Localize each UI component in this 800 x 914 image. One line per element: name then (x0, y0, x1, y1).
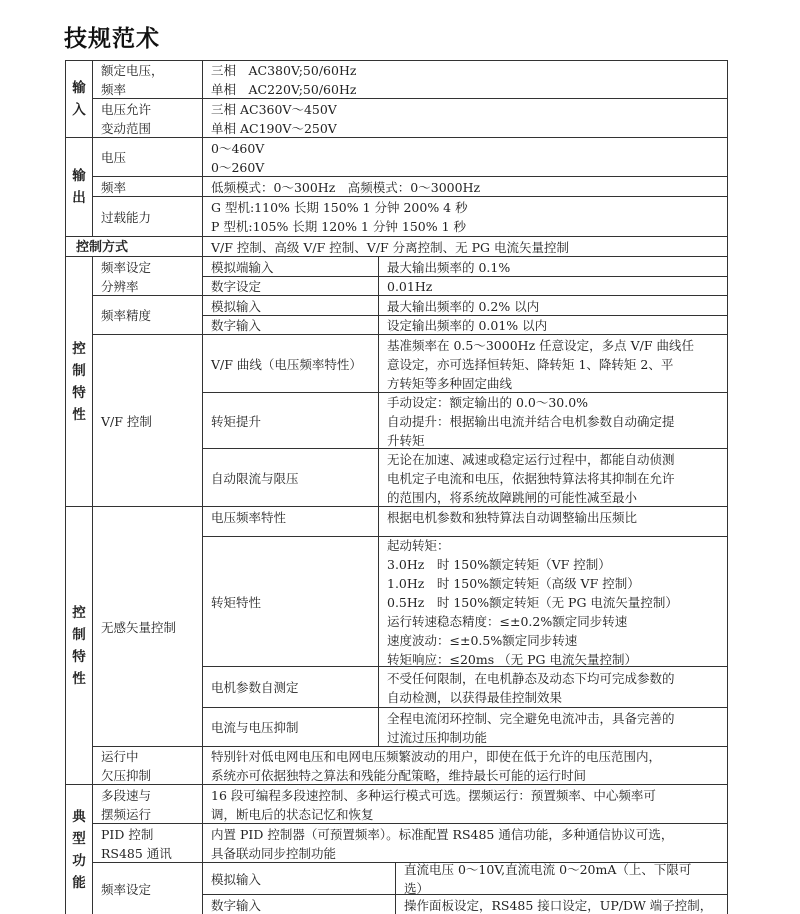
cell-text: 多段速与 (101, 786, 194, 805)
row-value: 最大输出频率的 0.2% 以内 (378, 295, 728, 316)
row-value: 内置 PID 控制器（可预置频率）。标准配置 RS485 通信功能，多种通信协议… (202, 823, 728, 863)
group-label-char: 典 (72, 806, 86, 828)
row-label: 频率精度 (92, 295, 203, 335)
row-value: 低频模式：0～300Hz 高频模式：0～3000Hz (202, 176, 728, 197)
row-label: 频率设定 (92, 862, 203, 914)
sub-label: 数字输入 (202, 315, 379, 335)
group-label-char: 出 (72, 187, 86, 209)
cell-text: V/F 控制 (101, 412, 194, 431)
cell-text: 自动检测，以获得最佳控制效果 (387, 688, 719, 707)
group-label-char: 制 (72, 360, 86, 382)
cell-text: 运行中 (101, 747, 194, 766)
group-label-char: 型 (72, 828, 86, 850)
row-value: 0～460V0～260V (202, 137, 728, 177)
row-value: 特别针对低电网电压和电网电压频繁波动的用户，即使在低于允许的电压范围内，系统亦可… (202, 746, 728, 785)
cell-text: 转矩特性 (211, 593, 370, 612)
cell-text: 无感矢量控制 (101, 618, 194, 637)
group-label: 输出 (65, 137, 93, 237)
sub-label: 模拟输入 (202, 295, 379, 316)
group-label: 典型功能 (65, 784, 93, 914)
group-label: 控制特性 (65, 256, 93, 507)
cell-text: 设定输出频率的 0.01% 以内 (387, 316, 719, 335)
row-value: 基准频率在 0.5～3000Hz 任意设定，多点 V/F 曲线任意设定，亦可选择… (378, 334, 728, 393)
cell-text: 调，断电后的状态记忆和恢复 (211, 805, 719, 824)
cell-text: 模拟输入 (211, 297, 370, 316)
cell-text: 单相 AC190V～250V (211, 119, 719, 138)
sub-label: 模拟输入 (202, 862, 396, 895)
cell-text: 操作面板设定，RS485 接口设定，UP/DW 端子控制， (404, 896, 719, 914)
cell-text: 额定电压， (101, 61, 194, 80)
cell-text: 根据电机参数和独特算法自动调整输出压频比 (387, 508, 719, 527)
cell-text: 0.5Hz 时 150%额定转矩（无 PG 电流矢量控制） (387, 593, 719, 612)
cell-text: 基准频率在 0.5～3000Hz 任意设定，多点 V/F 曲线任 (387, 336, 719, 355)
cell-text: 最大输出频率的 0.1% (387, 258, 719, 277)
cell-text: 频率 (101, 80, 194, 99)
row-label: 运行中欠压抑制 (92, 746, 203, 785)
control-mode-value: V/F 控制、高级 V/F 控制、V/F 分离控制、无 PG 电流矢量控制 (202, 236, 728, 257)
cell-text: 模拟端输入 (211, 258, 370, 277)
group-label-char: 特 (72, 646, 86, 668)
row-value: 三相 AC360V～450V单相 AC190V～250V (202, 98, 728, 138)
cell-text: 内置 PID 控制器（可预置频率）。标准配置 RS485 通信功能，多种通信协议… (211, 825, 719, 844)
row-value: 16 段可编程多段速控制、多种运行模式可选。摆频运行：预置频率、中心频率可调，断… (202, 784, 728, 824)
row-label: 无感矢量控制 (92, 506, 203, 747)
sub-label: V/F 曲线（电压频率特性） (202, 334, 379, 393)
group-label-char: 功 (72, 850, 86, 872)
cell-text: 0～460V (211, 139, 719, 158)
cell-text: 模拟输入 (211, 870, 387, 889)
group-label-char: 特 (72, 382, 86, 404)
cell-text: 16 段可编程多段速控制、多种运行模式可选。摆频运行：预置频率、中心频率可 (211, 786, 719, 805)
cell-text: 自动提升：根据输出电流并结合电机参数自动确定提 (387, 412, 719, 431)
cell-text: G 型机:110% 长期 150% 1 分钟 200% 4 秒 (211, 198, 719, 217)
cell-text: P 型机:105% 长期 120% 1 分钟 150% 1 秒 (211, 217, 719, 236)
row-value: 三相 AC380V;50/60Hz单相 AC220V;50/60Hz (202, 60, 728, 99)
group-label-char: 性 (72, 668, 86, 690)
cell-text: 频率精度 (101, 306, 194, 325)
cell-text: 最大输出频率的 0.2% 以内 (387, 297, 719, 316)
cell-text: 直流电压 0～10V,直流电流 0～20mA（上、下限可 (404, 860, 719, 879)
page-title: 技规范术 (64, 20, 160, 53)
cell-text: 过载能力 (101, 208, 194, 227)
group-label-char: 输 (72, 165, 86, 187)
row-label: 额定电压，频率 (92, 60, 203, 99)
group-label-char: 能 (72, 872, 86, 894)
sub-label: 模拟端输入 (202, 256, 379, 277)
sub-label: 转矩特性 (202, 536, 379, 667)
cell-text: 自动限流与限压 (211, 469, 370, 488)
cell-text: PID 控制 (101, 825, 194, 844)
row-value: 最大输出频率的 0.1% (378, 256, 728, 277)
cell-text: 意设定，亦可选择恒转矩、降转矩 1、降转矩 2、平 (387, 355, 719, 374)
sub-label: 转矩提升 (202, 392, 379, 449)
cell-text: 频率设定 (101, 880, 194, 899)
cell-text: 运行转速稳态精度：≤±0.2%额定同步转速 (387, 612, 719, 631)
cell-text: 系统亦可依据独特之算法和残能分配策略，维持最长可能的运行时间 (211, 766, 719, 785)
row-value: 手动设定：额定输出的 0.0～30.0%自动提升：根据输出电流并结合电机参数自动… (378, 392, 728, 449)
cell-text: 电机定子电流和电压，依据独特算法将其抑制在允许 (387, 469, 719, 488)
group-label-char: 入 (72, 99, 86, 121)
group-label: 控制特性 (65, 506, 93, 785)
cell-text: 数字输入 (211, 896, 387, 914)
sub-label: 电压频率特性 (202, 506, 379, 537)
row-value: 直流电压 0～10V,直流电流 0～20mA（上、下限可选） (395, 862, 728, 895)
cell-text: 速度波动：≤±0.5%额定同步转速 (387, 631, 719, 650)
row-label: V/F 控制 (92, 334, 203, 507)
cell-text: 欠压抑制 (101, 766, 194, 785)
group-label: 输入 (65, 60, 93, 138)
cell-text: V/F 控制、高级 V/F 控制、V/F 分离控制、无 PG 电流矢量控制 (211, 238, 719, 257)
cell-text: 的范围内，将系统故障跳闸的可能性减至最小 (387, 488, 719, 507)
cell-text: 三相 AC380V;50/60Hz (211, 61, 719, 80)
row-label: 多段速与摆频运行 (92, 784, 203, 824)
cell-text: 电机参数自测定 (211, 678, 370, 697)
sub-label: 电流与电压抑制 (202, 707, 379, 747)
row-value: 根据电机参数和独特算法自动调整输出压频比 (378, 506, 728, 537)
row-value: 全程电流闭环控制、完全避免电流冲击，具备完善的过流过压抑制功能 (378, 707, 728, 747)
sub-label: 数字设定 (202, 276, 379, 296)
cell-text: 频率 (101, 178, 194, 197)
row-label: 电压 (92, 137, 203, 177)
cell-text: 全程电流闭环控制、完全避免电流冲击，具备完善的 (387, 709, 719, 728)
cell-text: 起动转矩： (387, 536, 719, 555)
cell-text: 电流与电压抑制 (211, 718, 370, 737)
cell-text: 1.0Hz 时 150%额定转矩（高级 VF 控制） (387, 574, 719, 593)
row-value: 不受任何限制，在电机静态及动态下均可完成参数的自动检测，以获得最佳控制效果 (378, 666, 728, 708)
cell-text: 方转矩等多种固定曲线 (387, 374, 719, 393)
cell-text: 数字输入 (211, 316, 370, 335)
cell-text: 转矩提升 (211, 412, 370, 431)
row-value: 无论在加速、减速或稳定运行过程中，都能自动侦测电机定子电流和电压，依据独特算法将… (378, 448, 728, 507)
cell-text: V/F 曲线（电压频率特性） (211, 355, 370, 374)
cell-text: 三相 AC360V～450V (211, 100, 719, 119)
cell-text: 特别针对低电网电压和电网电压频繁波动的用户，即使在低于允许的电压范围内， (211, 747, 719, 766)
row-label: 频率设定分辨率 (92, 256, 203, 296)
cell-text: 变动范围 (101, 119, 194, 138)
row-label: PID 控制RS485 通讯 (92, 823, 203, 863)
row-label: 频率 (92, 176, 203, 197)
cell-text: 升转矩 (387, 431, 719, 450)
cell-text: 分辨率 (101, 277, 194, 296)
cell-text: 电压 (101, 148, 194, 167)
sub-label: 电机参数自测定 (202, 666, 379, 708)
group-label-char: 性 (72, 404, 86, 426)
sub-label: 自动限流与限压 (202, 448, 379, 507)
cell-text: 不受任何限制，在电机静态及动态下均可完成参数的 (387, 669, 719, 688)
group-label-char: 制 (72, 624, 86, 646)
cell-text: 0～260V (211, 158, 719, 177)
cell-text: 低频模式：0～300Hz 高频模式：0～3000Hz (211, 178, 719, 197)
cell-text: 0.01Hz (387, 277, 719, 296)
group-label-char: 控 (72, 338, 86, 360)
row-label: 电压允许变动范围 (92, 98, 203, 138)
group-label-char: 控 (72, 602, 86, 624)
cell-text: 单相 AC220V;50/60Hz (211, 80, 719, 99)
sub-label: 数字输入 (202, 894, 396, 914)
group-label-char: 输 (72, 77, 86, 99)
cell-text: 3.0Hz 时 150%额定转矩（VF 控制） (387, 555, 719, 574)
cell-text: 过流过压抑制功能 (387, 728, 719, 747)
cell-text: RS485 通讯 (101, 844, 194, 863)
cell-text: 控制方式 (76, 238, 194, 257)
cell-text: 摆频运行 (101, 805, 194, 824)
row-value: 0.01Hz (378, 276, 728, 296)
cell-text: 数字设定 (211, 277, 370, 296)
row-value: 操作面板设定，RS485 接口设定，UP/DW 端子控制， (395, 894, 728, 914)
cell-text: 手动设定：额定输出的 0.0～30.0% (387, 393, 719, 412)
row-value: 起动转矩：3.0Hz 时 150%额定转矩（VF 控制）1.0Hz 时 150%… (378, 536, 728, 667)
cell-text: 电压频率特性 (211, 508, 370, 527)
row-value: 设定输出频率的 0.01% 以内 (378, 315, 728, 335)
row-label: 过载能力 (92, 196, 203, 237)
cell-text: 无论在加速、减速或稳定运行过程中，都能自动侦测 (387, 450, 719, 469)
control-mode-label: 控制方式 (65, 236, 203, 257)
row-value: G 型机:110% 长期 150% 1 分钟 200% 4 秒P 型机:105%… (202, 196, 728, 237)
cell-text: 频率设定 (101, 258, 194, 277)
cell-text: 电压允许 (101, 100, 194, 119)
